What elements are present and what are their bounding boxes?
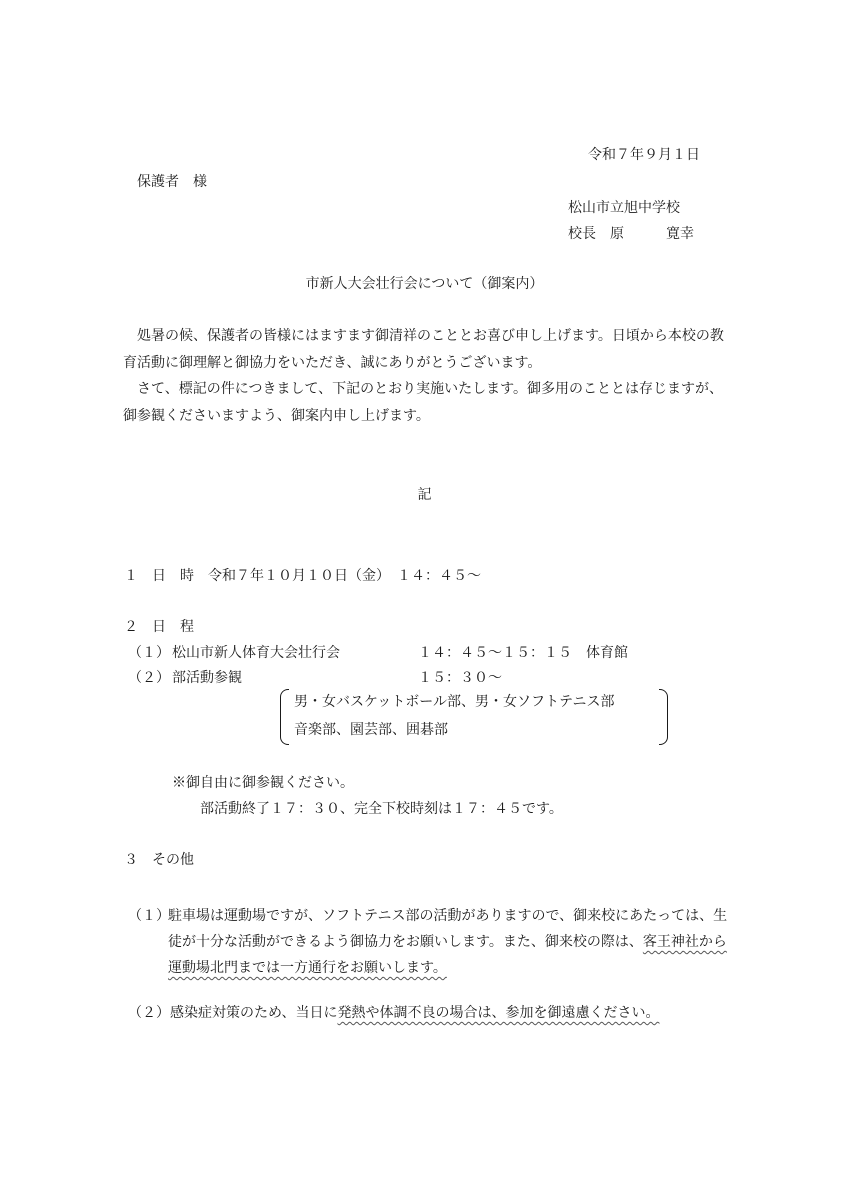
schedule-row-number: （２） bbox=[128, 668, 172, 688]
schedule-row-time: １４：４５～１５：１５ bbox=[418, 643, 572, 663]
schedule-note-2: 部活動終了１７：３０、完全下校時刻は１７：４５です。 bbox=[200, 799, 563, 819]
club-list-line-2: 音楽部、園芸部、囲碁部 bbox=[294, 720, 448, 740]
left-bracket-icon bbox=[280, 689, 289, 745]
other-item-2-plain: 感染症対策のため、当日に bbox=[170, 1005, 337, 1021]
schedule-row-place: 体育館 bbox=[586, 643, 628, 663]
other-item-2-number: （２） bbox=[128, 1005, 170, 1021]
principal-name: 校長原寛幸 bbox=[568, 224, 694, 244]
other-item-1-number: （１） bbox=[128, 903, 170, 929]
section-datetime-value: 令和７年１０月１０日（金） １４：４５～ bbox=[208, 568, 481, 584]
greeting-paragraph-2: さて、標記の件につきまして、下記のとおり実施いたします。御多用のこととは存じます… bbox=[123, 376, 733, 429]
addressee: 保護者 様 bbox=[137, 172, 207, 192]
other-item-2: （２）感染症対策のため、当日に発熱や体調不良の場合は、参加を御遠慮ください。 bbox=[128, 1003, 659, 1023]
club-list-bracket: 男・女バスケットボール部、男・女ソフトテニス部 音楽部、園芸部、囲碁部 bbox=[280, 689, 668, 745]
document-title: 市新人大会壮行会について（御案内） bbox=[0, 274, 849, 294]
right-bracket-icon bbox=[659, 689, 668, 745]
section-other-label: ３ その他 bbox=[124, 850, 194, 870]
greeting-paragraph-1: 処暑の候、保護者の皆様にはますます御清祥のこととお喜び申し上げます。日頃から本校… bbox=[123, 323, 733, 376]
ki-heading: 記 bbox=[0, 485, 849, 505]
section-schedule-label: ２ 日 程 bbox=[124, 617, 194, 637]
principal-surname: 原 bbox=[610, 224, 624, 244]
greeting-body: 処暑の候、保護者の皆様にはますます御清祥のこととお喜び申し上げます。日頃から本校… bbox=[123, 323, 733, 429]
school-name: 松山市立旭中学校 bbox=[568, 198, 680, 218]
schedule-row-name: 部活動参観 bbox=[172, 668, 418, 688]
section-datetime: １ 日 時 令和７年１０月１０日（金） １４：４５～ bbox=[124, 566, 481, 586]
schedule-row-number: （１） bbox=[128, 643, 172, 663]
document-date: 令和７年９月１日 bbox=[588, 145, 700, 165]
principal-title: 校長 bbox=[568, 224, 596, 244]
other-item-2-underlined: 発熱や体調不良の場合は、参加を御遠慮ください。 bbox=[337, 1005, 659, 1021]
section-datetime-label: １ 日 時 bbox=[124, 568, 194, 584]
other-item-1-text: 駐車場は運動場ですが、ソフトテニス部の活動がありますので、御来校にあたっては、生… bbox=[148, 903, 733, 981]
schedule-row: （１）松山市新人体育大会壮行会１４：４５～１５：１５体育館 bbox=[128, 643, 628, 663]
schedule-row-name: 松山市新人体育大会壮行会 bbox=[172, 643, 418, 663]
club-list-line-1: 男・女バスケットボール部、男・女ソフトテニス部 bbox=[294, 692, 614, 712]
other-item-1: （１） 駐車場は運動場ですが、ソフトテニス部の活動がありますので、御来校にあたっ… bbox=[128, 903, 733, 981]
principal-given-name: 寛幸 bbox=[666, 224, 694, 244]
schedule-row-time: １５：３０～ bbox=[418, 668, 502, 688]
schedule-row: （２）部活動参観１５：３０～ bbox=[128, 668, 502, 688]
schedule-note-1: ※御自由に御参観ください。 bbox=[172, 773, 354, 793]
